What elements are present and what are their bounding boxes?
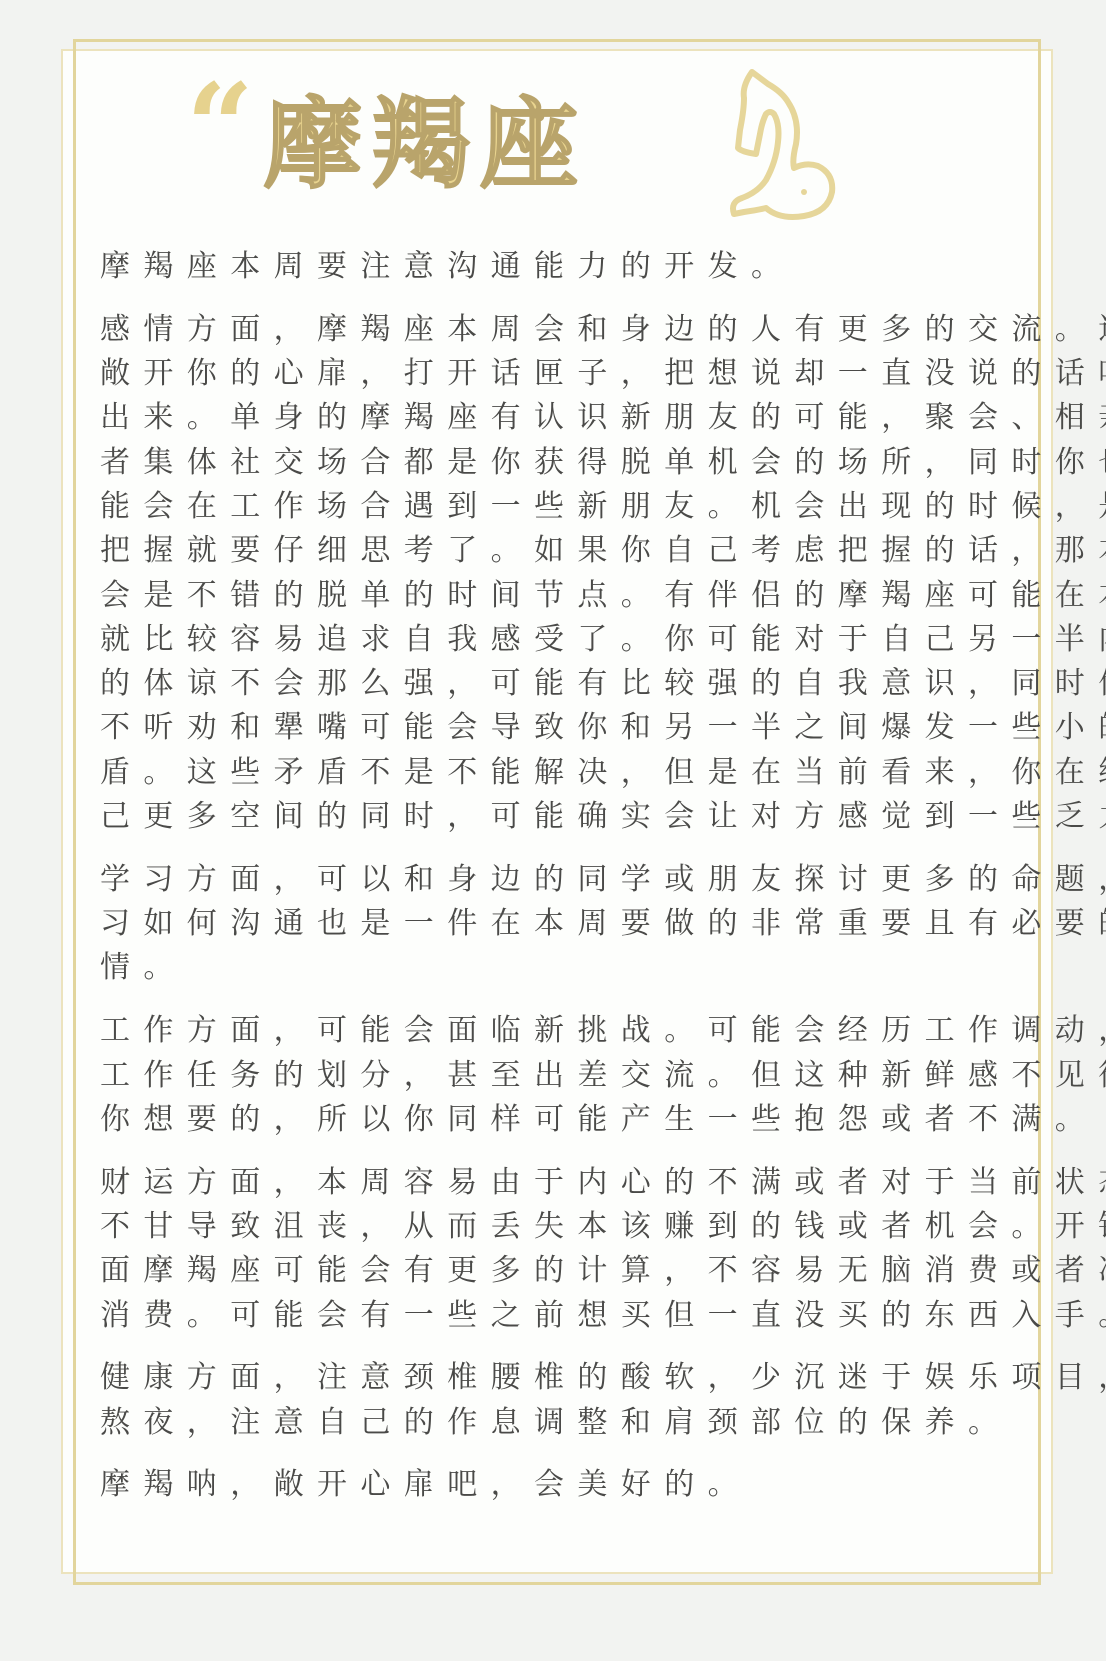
text-line: 摩羯座本周要注意沟通能力的开发。 xyxy=(100,245,980,289)
text-line: 工作方面，可能会面临新挑战。可能会经历工作调动，新 xyxy=(100,1009,980,1053)
text-line: 不甘导致沮丧，从而丢失本该赚到的钱或者机会。开销方 xyxy=(100,1205,980,1249)
text-line: 就比较容易追求自我感受了。你可能对于自己另一半内心 xyxy=(100,618,980,662)
text-line: 不听劝和犟嘴可能会导致你和另一半之间爆发一些小的矛 xyxy=(100,706,980,750)
text-line: 学习方面，可以和身边的同学或朋友探讨更多的命题，学 xyxy=(100,858,980,902)
text-line: 能会在工作场合遇到一些新朋友。机会出现的时候，是否 xyxy=(100,485,980,529)
text-line: 熬夜，注意自己的作息调整和肩颈部位的保养。 xyxy=(100,1401,980,1445)
page-title: 摩羯座 xyxy=(264,96,588,194)
text-line: 的体谅不会那么强，可能有比较强的自我意识，同时你的 xyxy=(100,662,980,706)
text-line: 出来。单身的摩羯座有认识新朋友的可能，聚会、相亲或 xyxy=(100,396,980,440)
text-line: 健康方面，注意颈椎腰椎的酸软，少沉迷于娱乐项目，少 xyxy=(100,1356,980,1400)
paragraph-study: 学习方面，可以和身边的同学或朋友探讨更多的命题，学 习如何沟通也是一件在本周要做… xyxy=(100,858,980,991)
text-line: 财运方面，本周容易由于内心的不满或者对于当前状态的 xyxy=(100,1161,980,1205)
paragraph-work: 工作方面，可能会面临新挑战。可能会经历工作调动，新 工作任务的划分，甚至出差交流… xyxy=(100,1009,980,1142)
text-line: 习如何沟通也是一件在本周要做的非常重要且有必要的事 xyxy=(100,902,980,946)
horoscope-content: 摩羯座本周要注意沟通能力的开发。 感情方面，摩羯座本周会和身边的人有更多的交流。… xyxy=(100,245,980,1526)
text-line: 摩羯呐，敞开心扉吧，会美好的。 xyxy=(100,1463,980,1507)
paragraph-health: 健康方面，注意颈椎腰椎的酸软，少沉迷于娱乐项目，少 熬夜，注意自己的作息调整和肩… xyxy=(100,1356,980,1445)
text-line: 工作任务的划分，甚至出差交流。但这种新鲜感不见得是 xyxy=(100,1054,980,1098)
text-line: 情。 xyxy=(100,946,980,990)
text-line: 面摩羯座可能会有更多的计算，不容易无脑消费或者冲动 xyxy=(100,1249,980,1293)
text-line: 者集体社交场合都是你获得脱单机会的场所，同时你也可 xyxy=(100,441,980,485)
text-line: 会是不错的脱单的时间节点。有伴侣的摩羯座可能在本周 xyxy=(100,574,980,618)
text-line: 感情方面，摩羯座本周会和身边的人有更多的交流。适合 xyxy=(100,308,980,352)
paragraph-summary: 摩羯座本周要注意沟通能力的开发。 xyxy=(100,245,980,289)
paragraph-closing: 摩羯呐，敞开心扉吧，会美好的。 xyxy=(100,1463,980,1507)
text-line: 己更多空间的同时，可能确实会让对方感觉到一些乏力。 xyxy=(100,795,980,839)
paragraph-wealth: 财运方面，本周容易由于内心的不满或者对于当前状态的 不甘导致沮丧，从而丢失本该赚… xyxy=(100,1161,980,1338)
text-line: 消费。可能会有一些之前想买但一直没买的东西入手。 xyxy=(100,1294,980,1338)
text-line: 你想要的，所以你同样可能产生一些抱怨或者不满。 xyxy=(100,1098,980,1142)
text-line: 盾。这些矛盾不是不能解决，但是在当前看来，你在给自 xyxy=(100,751,980,795)
capricorn-symbol-icon xyxy=(722,62,840,224)
paragraph-love: 感情方面，摩羯座本周会和身边的人有更多的交流。适合 敞开你的心扉，打开话匣子，把… xyxy=(100,308,980,840)
quote-mark-icon: “ xyxy=(186,68,254,186)
text-line: 敞开你的心扉，打开话匣子，把想说却一直没说的话吐露 xyxy=(100,352,980,396)
text-line: 把握就要仔细思考了。如果你自己考虑把握的话，那本周 xyxy=(100,529,980,573)
